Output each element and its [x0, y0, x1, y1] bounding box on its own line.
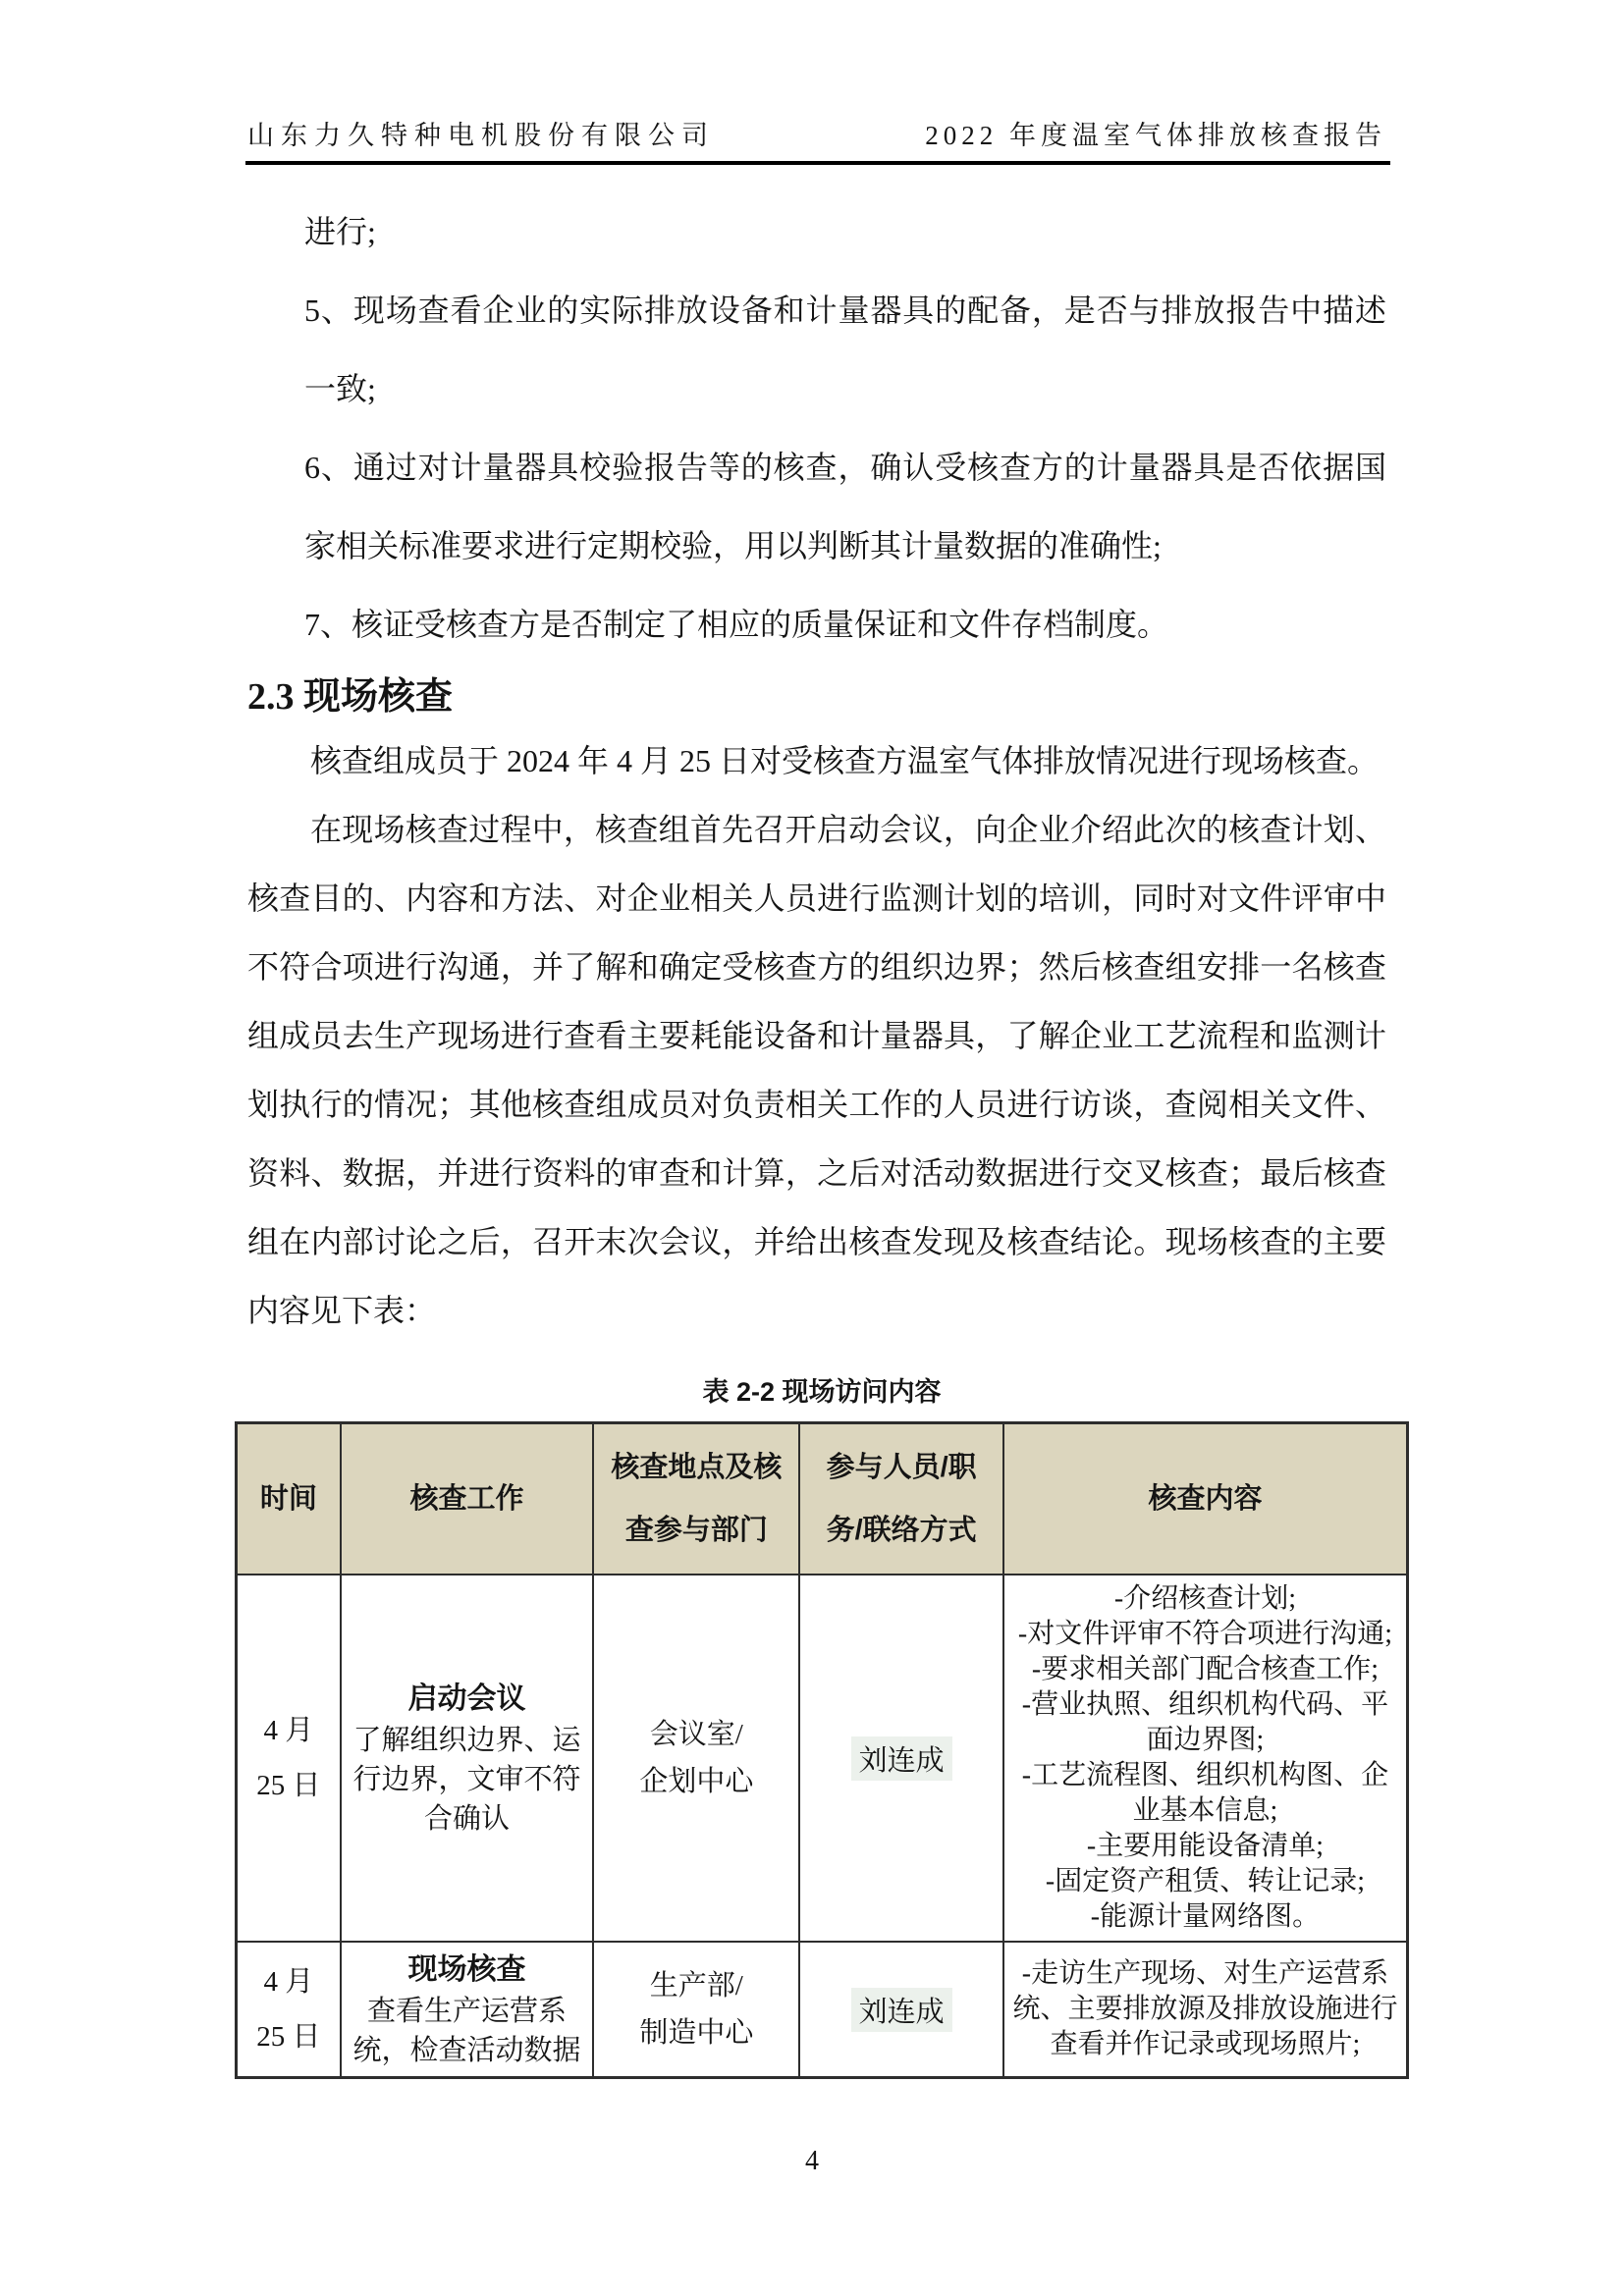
paragraph-site-visit-process: 在现场核查过程中，核查组首先召开启动会议，向企业介绍此次的核查计划、核查目的、内…	[247, 795, 1386, 1345]
column-header-person: 参与人员/职务/联络方式	[799, 1423, 1003, 1575]
table-row-site-check: 4 月 25 日 现场核查 查看生产运营系统，检查活动数据 生产部/ 制造中心 …	[237, 1942, 1408, 2078]
report-page: 山东力久特种电机股份有限公司 2022 年度温室气体排放核查报告 进行; 5、现…	[0, 0, 1624, 2296]
paragraph-continuation: 进行;	[304, 192, 1386, 271]
cell-work: 启动会议 了解组织边界、运行边界，文审不符合确认	[341, 1575, 594, 1942]
work-title: 现场核查	[348, 1949, 587, 1992]
work-description: 查看生产运营系统，检查活动数据	[348, 1992, 587, 2070]
header-rule	[245, 161, 1390, 165]
list-item-5: 5、现场查看企业的实际排放设备和计量器具的配备，是否与排放报告中描述一致;	[304, 271, 1386, 428]
paragraph-site-visit-date: 核查组成员于 2024 年 4 月 25 日对受核查方温室气体排放情况进行现场核…	[247, 726, 1386, 795]
cell-verification-content: -走访生产现场、对生产运营系统、主要排放源及排放设施进行查看并作记录或现场照片;	[1003, 1942, 1408, 2078]
header-company-name: 山东力久特种电机股份有限公司	[247, 114, 715, 152]
cell-time: 4 月 25 日	[237, 1575, 341, 1942]
person-name: 刘连成	[851, 1988, 952, 2032]
column-header-time: 时间	[237, 1423, 341, 1575]
site-visit-table: 时间 核查工作 核查地点及核查参与部门 参与人员/职务/联络方式 核查内容 4 …	[235, 1421, 1409, 2079]
header-report-title: 2022 年度温室气体排放核查报告	[925, 114, 1386, 152]
work-description: 了解组织边界、运行边界，文审不符合确认	[348, 1721, 587, 1839]
list-item-7: 7、核证受核查方是否制定了相应的质量保证和文件存档制度。	[304, 585, 1386, 664]
list-item-6: 6、通过对计量器具校验报告等的核查，确认受核查方的计量器具是否依据国家相关标准要…	[304, 428, 1386, 585]
work-title: 启动会议	[348, 1678, 587, 1721]
cell-location: 生产部/ 制造中心	[593, 1942, 799, 2078]
cell-person: 刘连成	[799, 1942, 1003, 2078]
column-header-location: 核查地点及核查参与部门	[593, 1423, 799, 1575]
table-header-row: 时间 核查工作 核查地点及核查参与部门 参与人员/职务/联络方式 核查内容	[237, 1423, 1408, 1575]
page-number: 4	[0, 2146, 1624, 2177]
body-text: 进行; 5、现场查看企业的实际排放设备和计量器具的配备，是否与排放报告中描述一致…	[247, 192, 1386, 1345]
column-header-work: 核查工作	[341, 1423, 594, 1575]
numbered-items: 进行; 5、现场查看企业的实际排放设备和计量器具的配备，是否与排放报告中描述一致…	[304, 192, 1386, 664]
column-header-content: 核查内容	[1003, 1423, 1408, 1575]
cell-location: 会议室/ 企划中心	[593, 1575, 799, 1942]
cell-time: 4 月 25 日	[237, 1942, 341, 2078]
table-caption: 表 2-2 现场访问内容	[235, 1370, 1409, 1409]
cell-work: 现场核查 查看生产运营系统，检查活动数据	[341, 1942, 594, 2078]
section-heading: 2.3 现场核查	[247, 667, 1386, 726]
running-header: 山东力久特种电机股份有限公司 2022 年度温室气体排放核查报告	[247, 114, 1386, 152]
cell-person: 刘连成	[799, 1575, 1003, 1942]
cell-verification-content: -介绍核查计划; -对文件评审不符合项进行沟通; -要求相关部门配合核查工作; …	[1003, 1575, 1408, 1942]
table-row-kickoff-meeting: 4 月 25 日 启动会议 了解组织边界、运行边界，文审不符合确认 会议室/ 企…	[237, 1575, 1408, 1942]
person-name: 刘连成	[851, 1736, 952, 1781]
